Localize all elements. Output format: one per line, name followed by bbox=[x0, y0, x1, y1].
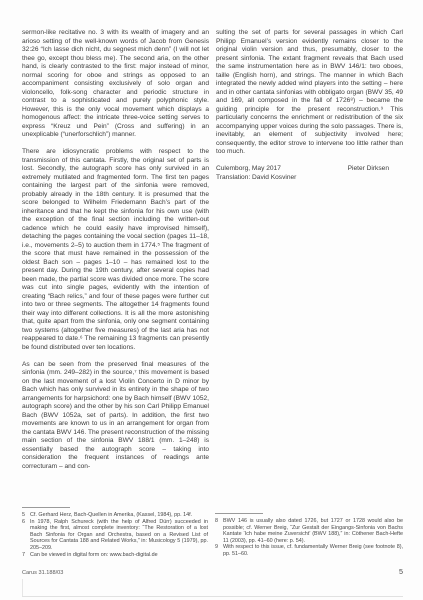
page-frame-tick bbox=[22, 579, 23, 596]
footnote-text: Cf. Gerhard Herz, Bach-Quellen in Amerik… bbox=[30, 512, 208, 519]
document-page: sermon-like recitative no. 3 with its we… bbox=[0, 0, 423, 600]
signoff-author: Pieter Dirksen bbox=[348, 165, 389, 174]
footnotes-left: 5 Cf. Gerhard Herz, Bach-Quellen in Amer… bbox=[22, 507, 208, 558]
right-column: sulting the set of parts for several pas… bbox=[216, 29, 403, 480]
footnote-text: In 1978, Ralph Schureck (with the help o… bbox=[30, 519, 208, 552]
footnote: 8 BWV 146 is usually also dated 1726, bu… bbox=[215, 518, 403, 544]
footnote-text: BWV 146 is usually also dated 1726, but … bbox=[223, 518, 403, 544]
edition-number: Carus 31.188/03 bbox=[22, 570, 63, 576]
footnote: 9 With respect to this issue, cf. fundam… bbox=[215, 544, 403, 557]
footnote-number: 8 bbox=[215, 518, 223, 544]
page-footer: Carus 31.188/03 5 bbox=[22, 567, 403, 576]
footnote-number: 7 bbox=[22, 552, 30, 559]
page-number: 5 bbox=[399, 567, 403, 576]
footnote-separator-rule bbox=[215, 513, 263, 514]
signoff-translation: Translation: David Kosviner bbox=[216, 174, 403, 183]
text-columns: sermon-like recitative no. 3 with its we… bbox=[22, 29, 403, 480]
footnote-text: Can be viewed in digital form on: www.ba… bbox=[30, 552, 208, 559]
footnote: 7 Can be viewed in digital form on: www.… bbox=[22, 552, 208, 559]
page-frame-line bbox=[22, 596, 403, 597]
footnote-separator-rule bbox=[22, 507, 70, 508]
body-paragraph: There are idiosyncratic problems with re… bbox=[22, 148, 209, 352]
signoff-block: Culemborg, May 2017 Pieter Dirksen Trans… bbox=[216, 165, 403, 183]
footnote-number: 5 bbox=[22, 512, 30, 519]
footnote-number: 9 bbox=[215, 544, 223, 557]
body-paragraph: sulting the set of parts for several pas… bbox=[216, 29, 403, 157]
left-column: sermon-like recitative no. 3 with its we… bbox=[22, 29, 209, 480]
footnote: 5 Cf. Gerhard Herz, Bach-Quellen in Amer… bbox=[22, 512, 208, 519]
body-paragraph: sermon-like recitative no. 3 with its we… bbox=[22, 29, 209, 140]
signoff-row: Culemborg, May 2017 Pieter Dirksen bbox=[216, 165, 403, 174]
footnote: 6 In 1978, Ralph Schureck (with the help… bbox=[22, 519, 208, 552]
signoff-place-date: Culemborg, May 2017 bbox=[216, 165, 281, 174]
body-paragraph: As can be seen from the preserved final … bbox=[22, 361, 209, 472]
footnotes-right: 8 BWV 146 is usually also dated 1726, bu… bbox=[215, 513, 403, 558]
footnote-number: 6 bbox=[22, 519, 30, 552]
footnote-text: With respect to this issue, cf. fundamen… bbox=[223, 544, 403, 557]
